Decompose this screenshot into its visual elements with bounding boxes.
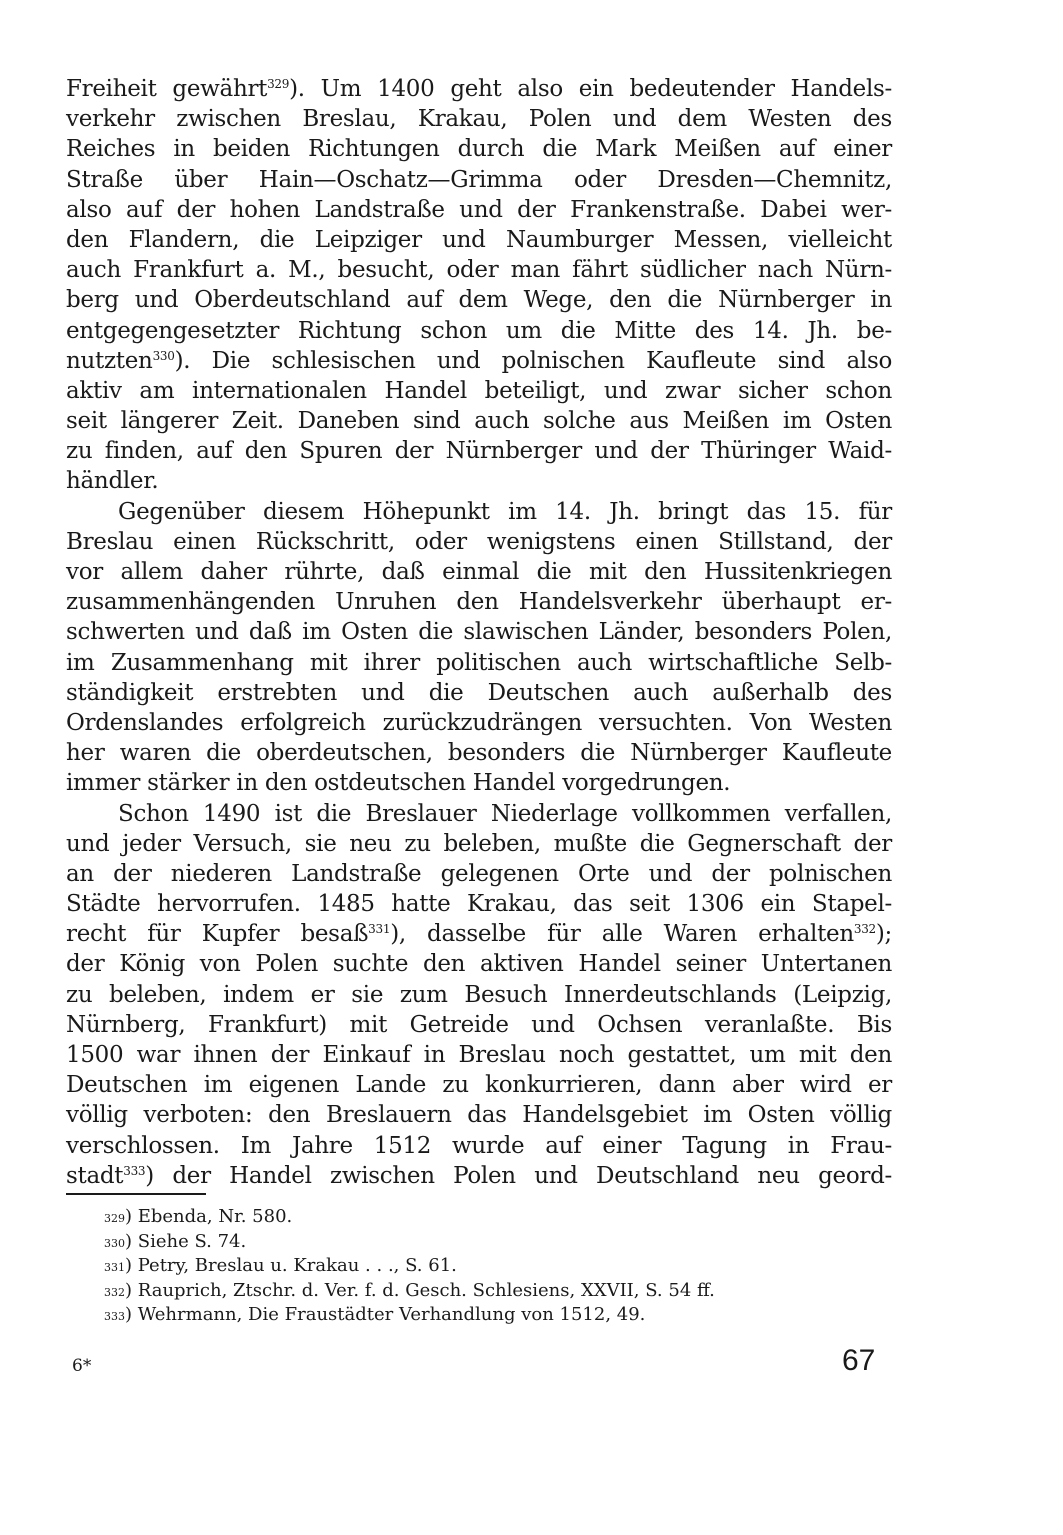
text-line: recht für Kupfer besaß331), dasselbe für… [66,919,892,949]
page-number: 67 [842,1344,875,1378]
text-line: ständigkeit erstrebten und die Deutschen… [66,678,892,708]
footnote: 330) Siehe S. 74. [104,1230,904,1255]
text-line: Reiches in beiden Richtungen durch die M… [66,134,892,164]
text-line: Nürnberg, Frankfurt) mit Getreide und Oc… [66,1010,892,1040]
footnote-ref: 332 [854,922,876,936]
footnote: 329) Ebenda, Nr. 580. [104,1205,904,1230]
text-line: Ordenslandes erfolgreich zurückzudrängen… [66,708,892,738]
text-line: aktiv am internationalen Handel beteilig… [66,376,892,406]
footnote-number: 332 [104,1286,125,1299]
text-line: den Flandern, die Leipziger und Naumburg… [66,225,892,255]
text-line: entgegengesetzter Richtung schon um die … [66,316,892,346]
text-line: auch Frankfurt a. M., besucht, oder man … [66,255,892,285]
text-line: seit längerer Zeit. Daneben sind auch so… [66,406,892,436]
text-line: Freiheit gewährt329). Um 1400 geht also … [66,74,892,104]
text-line: an der niederen Landstraße gelegenen Ort… [66,859,892,889]
book-page: Freiheit gewährt329). Um 1400 geht also … [0,0,1063,1535]
text-line: nutzten330). Die schlesischen und polnis… [66,346,892,376]
text-line: Straße über Hain—Oschatz—Grimma oder Dre… [66,165,892,195]
text-line: vor allem daher rührte, daß einmal die m… [66,557,892,587]
body-text: Freiheit gewährt329). Um 1400 geht also … [66,74,892,1191]
printer-signature-mark: 6* [72,1356,91,1376]
footnote-separator [66,1193,206,1195]
text-line: Städte hervorrufen. 1485 hatte Krakau, d… [66,889,892,919]
footnote-ref: 331 [368,922,390,936]
text-line: 1500 war ihnen der Einkauf in Breslau no… [66,1040,892,1070]
text-line: händler. [66,466,892,496]
text-line: verkehr zwischen Breslau, Krakau, Polen … [66,104,892,134]
text-line: also auf der hohen Landstraße und der Fr… [66,195,892,225]
text-line: berg und Oberdeutschland auf dem Wege, d… [66,285,892,315]
footnote-number: 333 [104,1310,125,1323]
text-line: zu finden, auf den Spuren der Nürnberger… [66,436,892,466]
text-line: stadt333) der Handel zwischen Polen und … [66,1161,892,1191]
footnote: 332) Rauprich, Ztschr. d. Ver. f. d. Ges… [104,1279,904,1304]
footnote-number: 330 [104,1237,125,1250]
paragraph-start-line: Gegenüber diesem Höhepunkt im 14. Jh. br… [66,497,892,527]
text-line: und jeder Versuch, sie neu zu beleben, m… [66,829,892,859]
text-line: zu beleben, indem er sie zum Besuch Inne… [66,980,892,1010]
text-line: verschlossen. Im Jahre 1512 wurde auf ei… [66,1131,892,1161]
text-line: der König von Polen suchte den aktiven H… [66,949,892,979]
text-line: völlig verboten: den Breslauern das Hand… [66,1100,892,1130]
text-line: zusammenhängenden Unruhen den Handelsver… [66,587,892,617]
text-line: her waren die oberdeutschen, besonders d… [66,738,892,768]
text-line: Breslau einen Rückschritt, oder wenigste… [66,527,892,557]
paragraph-start-line: Schon 1490 ist die Breslauer Niederlage … [66,799,892,829]
footnote-number: 331 [104,1261,125,1274]
text-line: im Zusammenhang mit ihrer politischen au… [66,648,892,678]
footnote-ref: 333 [123,1164,145,1178]
footnote-ref: 329 [267,77,289,91]
footnote-number: 329 [104,1212,125,1225]
text-line: Deutschen im eigenen Lande zu konkurrier… [66,1070,892,1100]
footnote: 333) Wehrmann, Die Fraustädter Verhandlu… [104,1303,904,1328]
footnotes: 329) Ebenda, Nr. 580. 330) Siehe S. 74. … [104,1205,904,1328]
text-line: schwerten und daß im Osten die slawische… [66,617,892,647]
footnote-ref: 330 [153,349,175,363]
text-line: immer stärker in den ostdeutschen Handel… [66,768,892,798]
footnote: 331) Petry, Breslau u. Krakau . . ., S. … [104,1254,904,1279]
